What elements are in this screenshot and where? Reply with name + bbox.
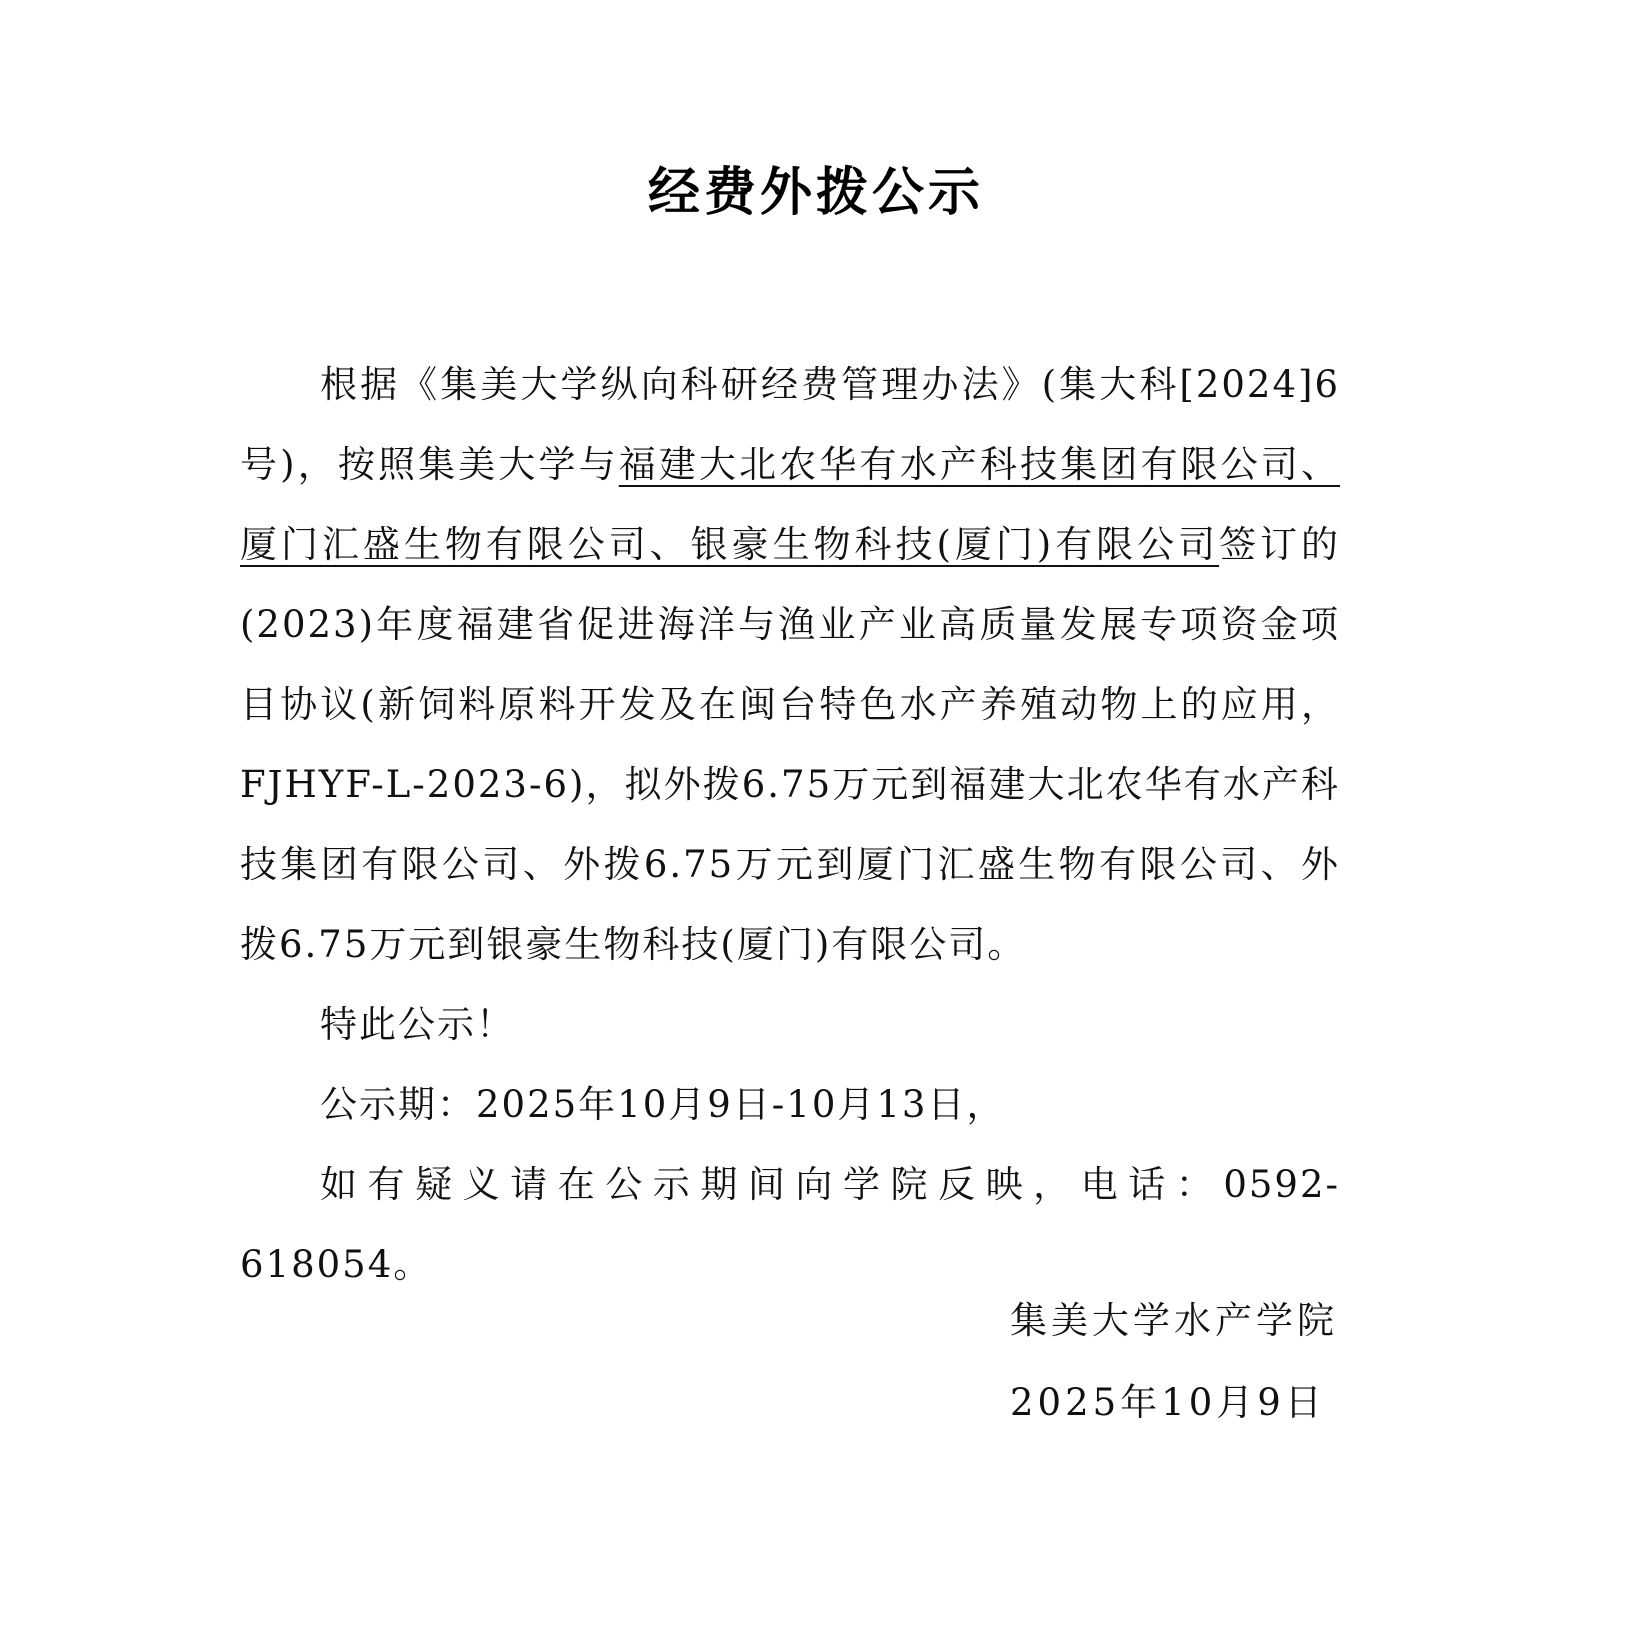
- document-body: 根据《集美大学纵向科研经费管理办法》(集大科[2024]6号)，按照集美大学与福…: [240, 345, 1340, 1305]
- signature-org: 集美大学水产学院: [1010, 1290, 1338, 1344]
- main-paragraph: 根据《集美大学纵向科研经费管理办法》(集大科[2024]6号)，按照集美大学与福…: [240, 345, 1340, 985]
- paragraph-text-2: 签订的(2023)年度福建省促进海洋与渔业产业高质量发展专项资金项目协议(新饲料…: [240, 523, 1340, 966]
- notice-period: 公示期：2025年10月9日-10月13日，: [240, 1065, 1340, 1145]
- document-title: 经费外拨公示: [0, 150, 1632, 225]
- contact-info: 如有疑义请在公示期间向学院反映，电话：0592-618054。: [240, 1145, 1340, 1305]
- signature-date: 2025年10月9日: [1010, 1372, 1326, 1426]
- closing-line: 特此公示！: [240, 985, 1340, 1065]
